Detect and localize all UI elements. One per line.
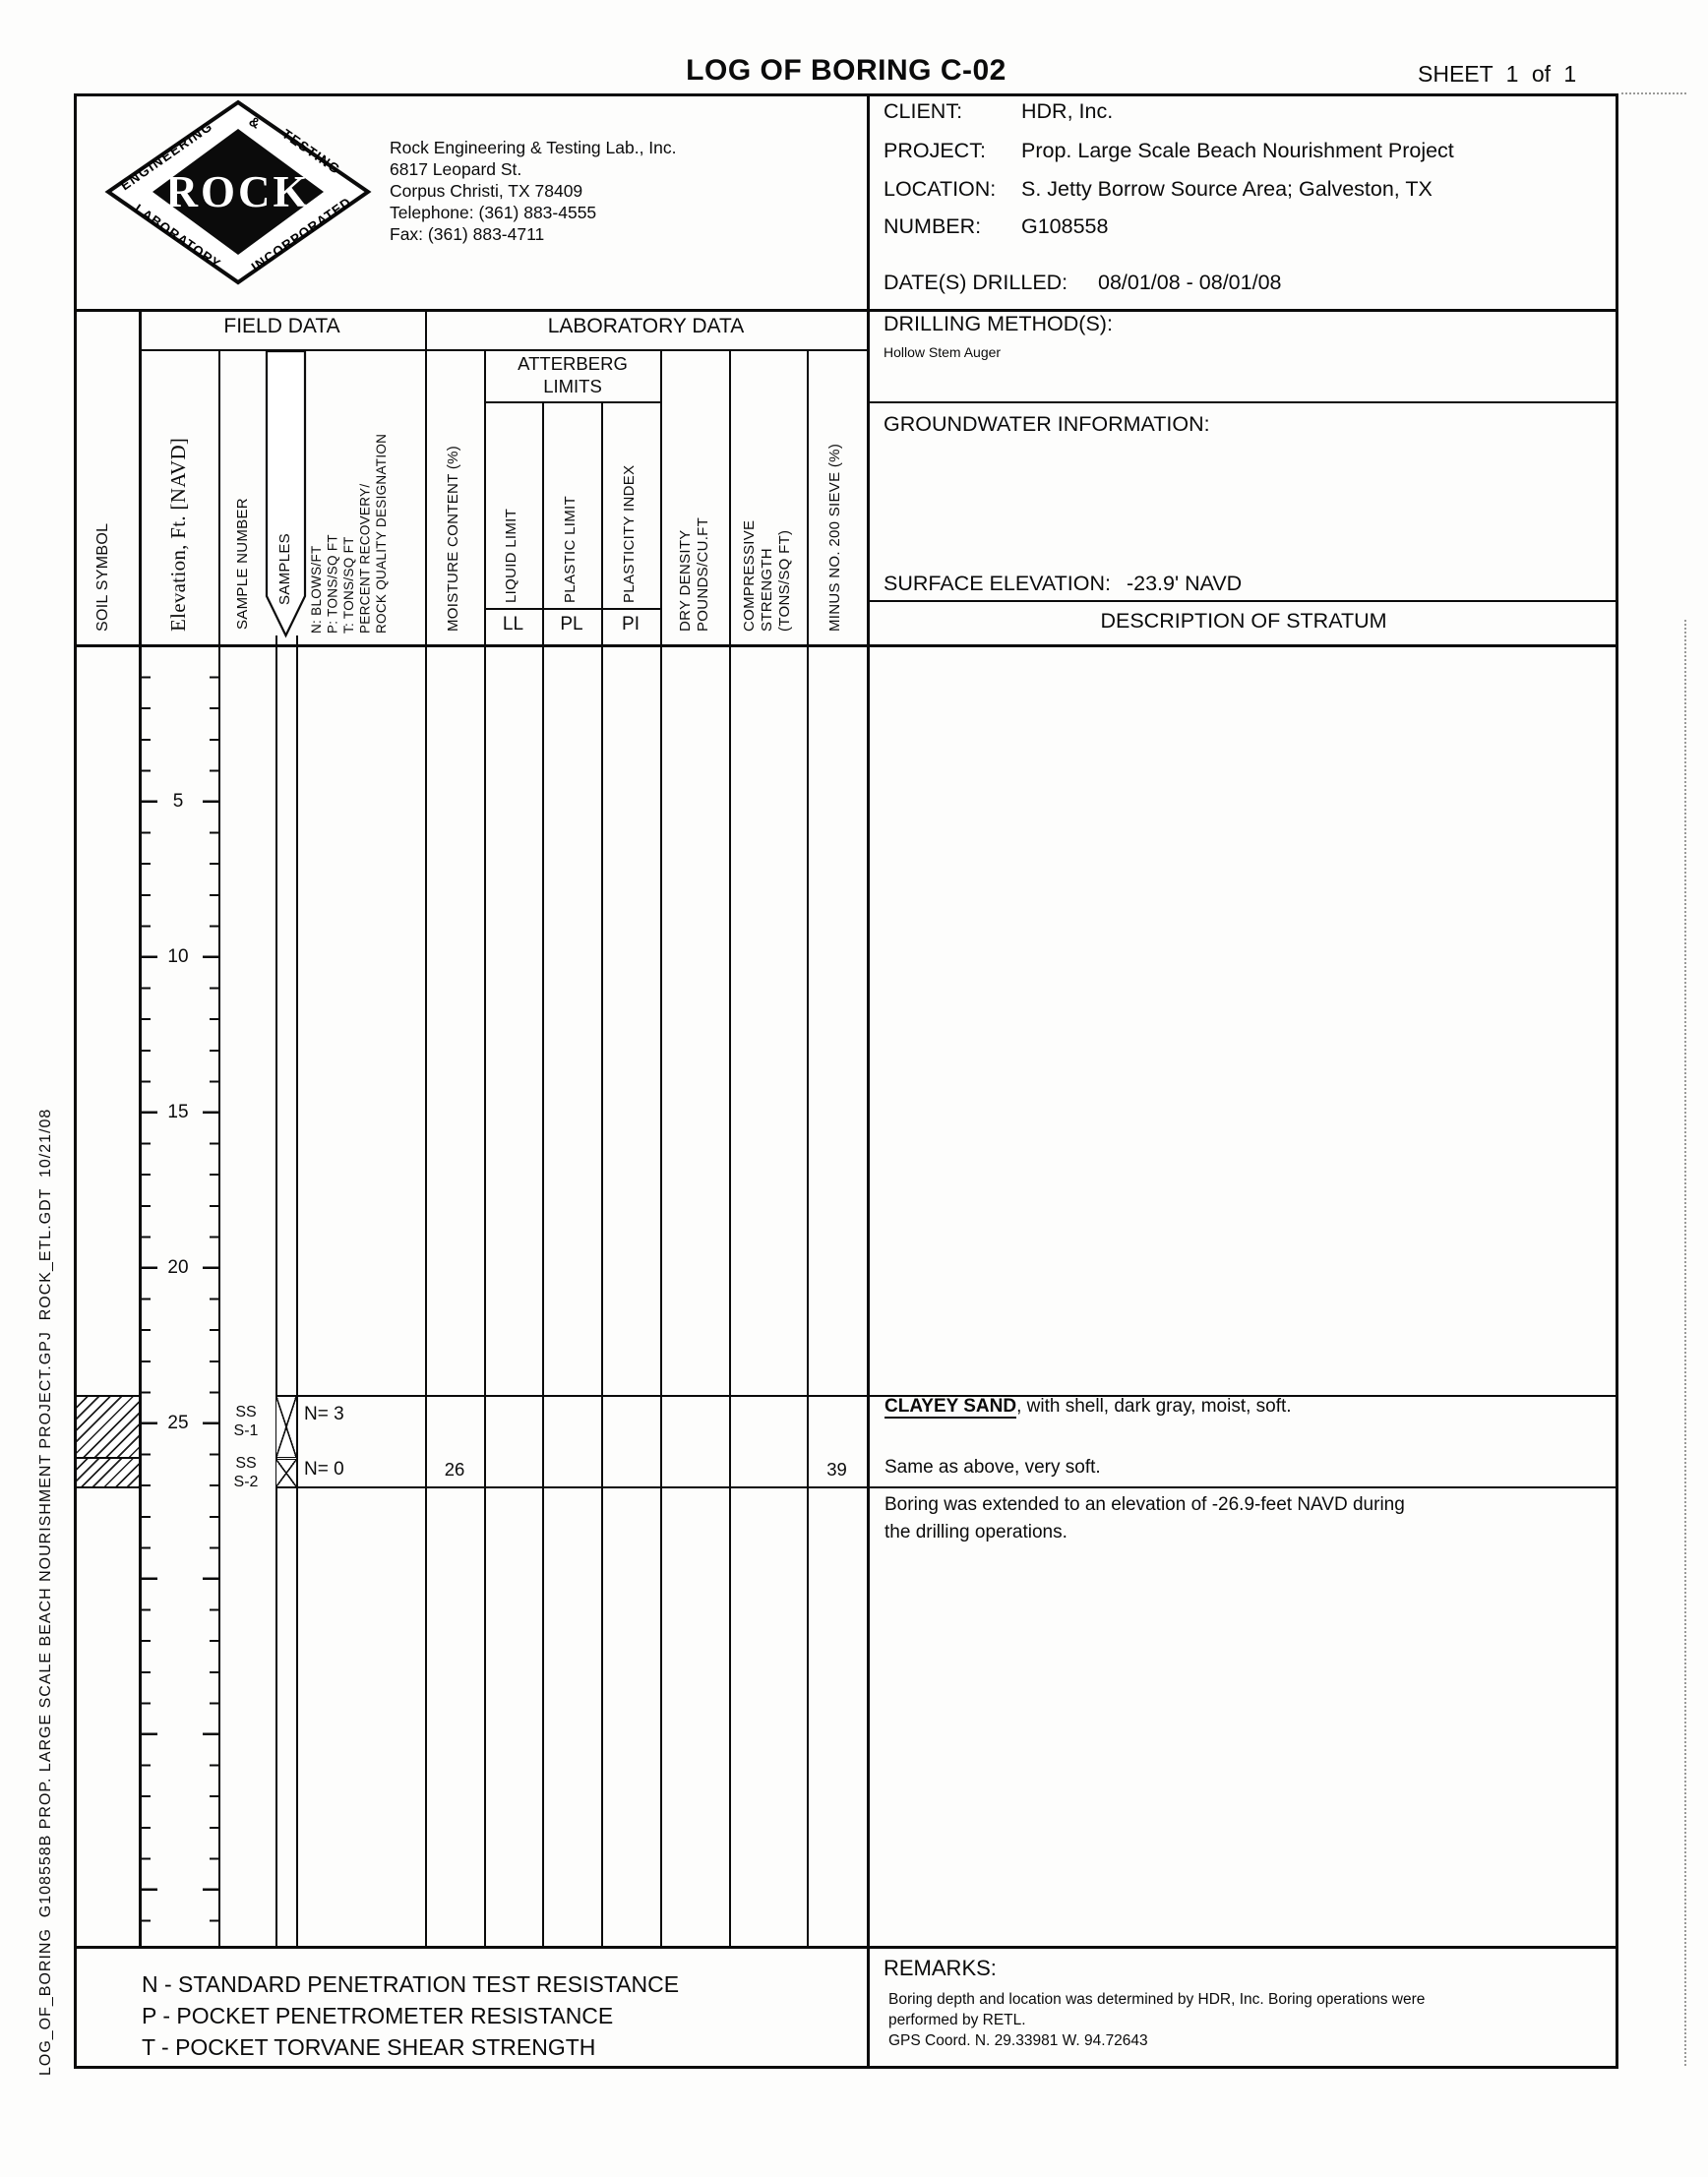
column-header-dry-density: DRY DENSITY POUNDS/CU.FT xyxy=(677,352,714,632)
grid-line-atterberg-bottom xyxy=(484,401,661,403)
project-value: Prop. Large Scale Beach Nourishment Proj… xyxy=(1021,139,1454,162)
column-header-elevation: Elevation, Ft. [NAVD] xyxy=(166,354,193,632)
stratum-detail: , with shell, dark gray, moist, soft. xyxy=(1016,1396,1291,1417)
stratum-description: Boring was extended to an elevation of -… xyxy=(884,1491,1405,1545)
dates-drilled-value: 08/01/08 - 08/01/08 xyxy=(1098,271,1282,294)
client-row: CLIENT:HDR, Inc. xyxy=(884,99,1113,124)
company-address-line1: 6817 Leopard St. xyxy=(390,159,521,180)
drilling-method-label: DRILLING METHOD(S): xyxy=(884,312,1113,336)
sample-symbol-split-spoon xyxy=(275,1396,297,1458)
drilling-method-value: Hollow Stem Auger xyxy=(884,344,1001,360)
grid-line-minus200-left xyxy=(807,349,809,1946)
depth-label: 15 xyxy=(148,1102,209,1123)
project-row: PROJECT:Prop. Large Scale Beach Nourishm… xyxy=(884,139,1454,163)
field-data-band: FIELD DATA xyxy=(139,315,425,338)
column-header-liquid-limit: LIQUID LIMIT xyxy=(503,408,524,603)
logo-word: ROCK xyxy=(166,167,311,216)
column-header-sample-number: SAMPLE NUMBER xyxy=(234,354,256,630)
stratum-description: Same as above, very soft. xyxy=(884,1457,1101,1479)
sample-id: SS S-2 xyxy=(218,1454,274,1491)
grid-line-surface-bottom xyxy=(867,600,1618,602)
column-header-blows-legend: N: BLOWS/FT P: TONS/SQ FT T: TONS/SQ FT … xyxy=(309,352,391,634)
scan-artifact-line xyxy=(1684,620,1686,2066)
project-label: PROJECT: xyxy=(884,139,1021,163)
depth-ticks-left-major xyxy=(142,647,157,1944)
column-header-soil-symbol: SOIL SYMBOL xyxy=(94,364,116,632)
soil-symbol-hatch-stratum2 xyxy=(77,1459,139,1488)
dates-drilled-label: DATE(S) DRILLED: xyxy=(884,271,1098,295)
legend-line-n: N - STANDARD PENETRATION TEST RESISTANCE xyxy=(142,1971,679,1998)
boring-log-page: LOG_OF_BORING G108558B PROP. LARGE SCALE… xyxy=(0,0,1708,2177)
grid-line-band-bottom xyxy=(139,349,869,351)
sample-moisture-value: 26 xyxy=(426,1459,483,1481)
surface-elevation-value: -23.9' NAVD xyxy=(1127,572,1242,595)
stratum-description: CLAYEY SAND, with shell, dark gray, mois… xyxy=(884,1396,1292,1418)
grid-line-field-lab-divider xyxy=(425,309,427,1946)
grid-line-density-left xyxy=(660,349,662,1946)
grid-line-description-left xyxy=(867,93,870,2066)
grid-line-header-bottom xyxy=(74,309,1618,312)
laboratory-data-band: LABORATORY DATA xyxy=(425,315,867,338)
grid-line-log-top xyxy=(74,644,1618,647)
sidebar-file-note: LOG_OF_BORING G108558B PROP. LARGE SCALE… xyxy=(37,1067,61,2076)
location-value: S. Jetty Borrow Source Area; Galveston, … xyxy=(1021,177,1433,201)
column-header-samples: SAMPLES xyxy=(276,418,296,605)
location-row: LOCATION:S. Jetty Borrow Source Area; Ga… xyxy=(884,177,1433,202)
column-header-moisture: MOISTURE CONTENT (%) xyxy=(445,352,466,632)
soil-symbol-hatch-stratum1 xyxy=(77,1395,139,1459)
company-address-line2: Corpus Christi, TX 78409 xyxy=(390,181,582,202)
sample-id: SS S-1 xyxy=(218,1403,274,1440)
atterberg-limits-band: ATTERBERG LIMITS xyxy=(484,352,661,397)
company-telephone: Telephone: (361) 883-4555 xyxy=(390,203,596,223)
number-value: G108558 xyxy=(1021,214,1108,238)
surface-elevation-row: SURFACE ELEVATION:-23.9' NAVD xyxy=(884,572,1242,596)
surface-elevation-label: SURFACE ELEVATION: xyxy=(884,572,1111,595)
legend-line-t: T - POCKET TORVANE SHEAR STRENGTH xyxy=(142,2034,595,2061)
company-name: Rock Engineering & Testing Lab., Inc. xyxy=(390,138,677,158)
company-logo: ROCK ENGINEERING & TESTING LABORATORY IN… xyxy=(100,96,376,288)
sample-n-value: N= 3 xyxy=(304,1404,344,1425)
grid-line-elev-right xyxy=(218,349,220,1946)
depth-label: 5 xyxy=(148,791,209,813)
sample-minus200-value: 39 xyxy=(808,1459,866,1481)
remarks-label: REMARKS: xyxy=(884,1956,997,1981)
depth-label: 20 xyxy=(148,1257,209,1279)
grid-line-ll-left xyxy=(484,349,486,1946)
grid-line-footer-top xyxy=(74,1946,1618,1949)
scan-artifact-line xyxy=(1621,92,1686,94)
location-label: LOCATION: xyxy=(884,177,1021,202)
sheet-label: SHEET 1 of 1 xyxy=(1418,61,1576,88)
grid-line-compressive-left xyxy=(729,349,731,1946)
grid-line-drilling-bottom xyxy=(867,401,1618,403)
column-header-plastic-limit: PLASTIC LIMIT xyxy=(562,408,583,603)
column-header-pi: PI xyxy=(601,614,660,635)
depth-ticks-right-major xyxy=(203,647,218,1944)
number-label: NUMBER: xyxy=(884,214,1021,239)
company-fax: Fax: (361) 883-4711 xyxy=(390,224,544,245)
sample-n-value: N= 0 xyxy=(304,1459,344,1481)
grid-line-llplpi-top xyxy=(484,608,661,610)
description-column-header: DESCRIPTION OF STRATUM xyxy=(869,609,1618,634)
stratum-name: CLAYEY SAND xyxy=(884,1396,1016,1419)
column-header-ll: LL xyxy=(484,614,542,635)
depth-label: 10 xyxy=(148,946,209,968)
grid-line-stratum2-bottom xyxy=(275,1486,1618,1488)
legend-line-p: P - POCKET PENETROMETER RESISTANCE xyxy=(142,2003,613,2029)
column-header-plasticity-index: PLASTICITY INDEX xyxy=(621,408,642,603)
client-label: CLIENT: xyxy=(884,99,1021,124)
grid-line-samplebox-left xyxy=(275,635,277,1946)
grid-line-samplebox-right xyxy=(296,635,298,1946)
remarks-body: Boring depth and location was determined… xyxy=(888,1989,1587,2051)
column-header-compressive: COMPRESSIVE STRENGTH (TONS/SQ FT) xyxy=(741,352,796,632)
number-row: NUMBER:G108558 xyxy=(884,214,1108,239)
page-title: LOG OF BORING C-02 xyxy=(413,54,1279,88)
depth-label: 25 xyxy=(148,1413,209,1434)
dates-drilled-row: DATE(S) DRILLED:08/01/08 - 08/01/08 xyxy=(884,271,1282,295)
column-header-pl: PL xyxy=(542,614,601,635)
client-value: HDR, Inc. xyxy=(1021,99,1113,123)
groundwater-label: GROUNDWATER INFORMATION: xyxy=(884,412,1210,437)
sample-symbol-split-spoon xyxy=(275,1459,297,1487)
column-header-minus-200: MINUS NO. 200 SIEVE (%) xyxy=(826,352,848,632)
